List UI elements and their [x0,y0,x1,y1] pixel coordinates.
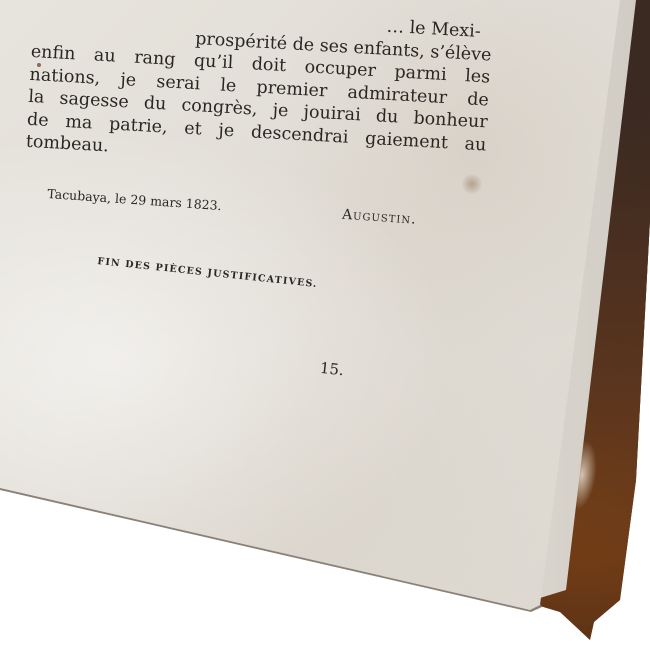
word: et [184,117,203,140]
word: au [93,44,116,68]
book-photo: … le Mexi- prospérité de ses enfants, s’… [0,0,650,650]
word: premier [256,76,328,102]
word: le [220,74,237,97]
page-number: 15. [319,359,345,379]
word: du [143,92,167,116]
word: de [467,88,490,112]
word: la [28,86,45,109]
word: je [218,119,235,142]
word: je [272,100,289,123]
word: enfin [30,41,76,66]
place-date: Tacubaya, le 29 mars 1823. [47,186,222,213]
word: du [375,105,399,129]
word: ma [65,110,93,134]
word: rang [134,47,176,72]
word: je [120,68,137,91]
body-text: … le Mexi- prospérité de ses enfants, s’… [25,0,493,179]
word: doit [251,53,287,77]
signature: Augustin. [342,207,418,228]
word: parmi [394,61,447,86]
end-of-section-title: FIN DES PIÈCES JUSTIFICATIVES. [97,256,318,290]
signature-block: Tacubaya, le 29 mars 1823. Augustin. [47,186,417,228]
word: les [465,65,491,89]
word: serai [156,70,201,95]
word: tombeau. [25,131,109,158]
word: patrie, [108,113,168,139]
word: jouirai [303,101,361,127]
word: qu’il [193,50,233,75]
word: de [26,108,49,132]
word: gaiement [365,127,449,154]
word: au [464,133,487,157]
